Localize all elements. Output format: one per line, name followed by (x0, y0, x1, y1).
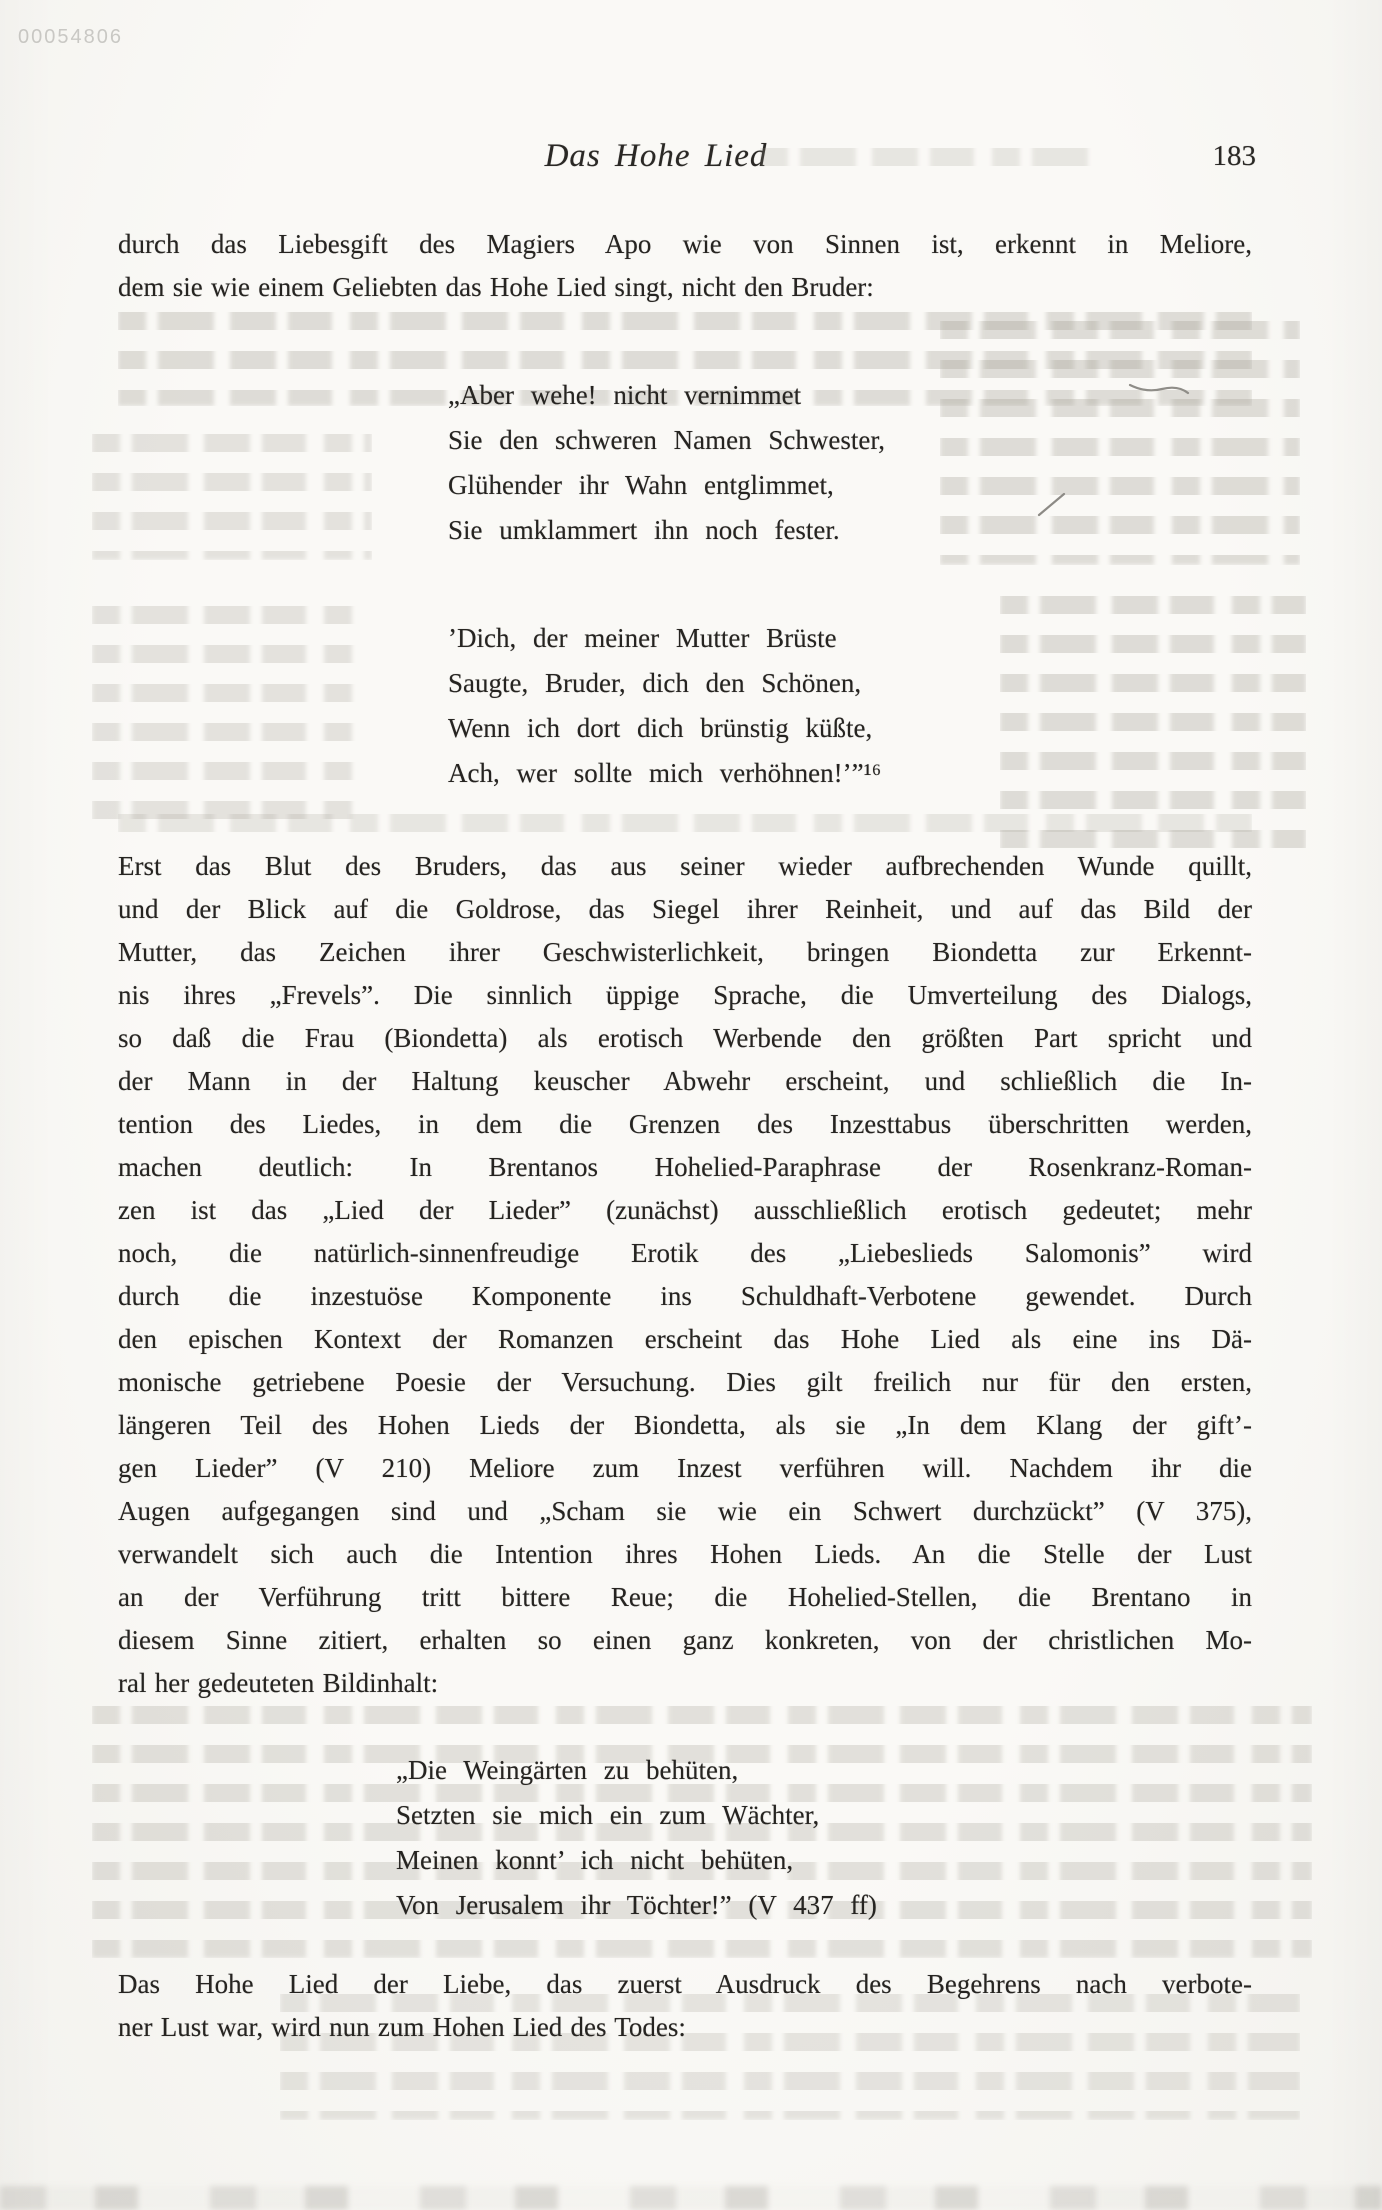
scan-corner-number: 00054806 (18, 26, 123, 49)
text-line: so daß die Frau (Biondetta) als erotisch… (118, 1017, 1252, 1060)
text-line: Sie umklammert ihn noch fester. (448, 508, 1252, 553)
page-number: 183 (1213, 140, 1257, 173)
text-line: durch die inzestuöse Komponente ins Schu… (118, 1275, 1252, 1318)
text-line: ’Dich, der meiner Mutter Brüste (448, 616, 1252, 661)
text-line: noch, die natürlich-sinnenfreudige Eroti… (118, 1232, 1252, 1275)
text-line: ral her gedeuteten Bildinhalt: (118, 1662, 1252, 1705)
prose-paragraph: Das Hohe Lied der Liebe, das zuerst Ausd… (118, 1963, 1252, 2049)
running-title: Das Hohe Lied (0, 138, 1347, 175)
text-line: gen Lieder” (V 210) Meliore zum Inzest v… (118, 1447, 1252, 1490)
text-line: „Die Weingärten zu behüten, (396, 1748, 1252, 1793)
text-line: Saugte, Bruder, dich den Schönen, (448, 661, 1252, 706)
text-line: an der Verführung tritt bittere Reue; di… (118, 1576, 1252, 1619)
scan-noise (0, 2186, 1382, 2210)
text-line: Von Jerusalem ihr Töchter!” (V 437 ff) (396, 1883, 1252, 1928)
text-line: Das Hohe Lied der Liebe, das zuerst Ausd… (118, 1963, 1252, 2006)
verse-quotation: „Aber wehe! nicht vernimmetSie den schwe… (118, 373, 1252, 553)
text-line: längeren Teil des Hohen Lieds der Bionde… (118, 1404, 1252, 1447)
text-line: Ach, wer sollte mich verhöhnen!’”¹⁶ (448, 751, 1252, 796)
text-line: und der Blick auf die Goldrose, das Sieg… (118, 888, 1252, 931)
text-line: Wenn ich dort dich brünstig küßte, (448, 706, 1252, 751)
text-line: diesem Sinne zitiert, erhalten so einen … (118, 1619, 1252, 1662)
page-header: Das Hohe Lied 183 (0, 138, 1382, 186)
text-line: Augen aufgegangen sind und „Scham sie wi… (118, 1490, 1252, 1533)
text-line: tention des Liedes, in dem die Grenzen d… (118, 1103, 1252, 1146)
text-line: der Mann in der Haltung keuscher Abwehr … (118, 1060, 1252, 1103)
text-line: verwandelt sich auch die Intention ihres… (118, 1533, 1252, 1576)
prose-paragraph: durch das Liebesgift des Magiers Apo wie… (118, 223, 1252, 309)
stray-pen-mark (1128, 380, 1190, 398)
prose-paragraph: Erst das Blut des Bruders, das aus seine… (118, 845, 1252, 1705)
bleed-through-ghost-text (760, 142, 1100, 186)
text-line: machen deutlich: In Brentanos Hohelied-P… (118, 1146, 1252, 1189)
text-line: Glühender ihr Wahn entglimmet, (448, 463, 1252, 508)
text-line: Setzten sie mich ein zum Wächter, (396, 1793, 1252, 1838)
text-line: Meinen konnt’ ich nicht behüten, (396, 1838, 1252, 1883)
text-line: Erst das Blut des Bruders, das aus seine… (118, 845, 1252, 888)
scanned-book-page: 00054806 Das Hohe Lied 183 durch das Lie… (0, 0, 1382, 2210)
text-line: den epischen Kontext der Romanzen ersche… (118, 1318, 1252, 1361)
text-line: monische getriebene Poesie der Versuchun… (118, 1361, 1252, 1404)
text-line: dem sie wie einem Geliebten das Hohe Lie… (118, 266, 1252, 309)
text-line: Mutter, das Zeichen ihrer Geschwisterlic… (118, 931, 1252, 974)
verse-quotation: „Die Weingärten zu behüten,Setzten sie m… (118, 1748, 1252, 1928)
text-line: nis ihres „Frevels”. Die sinnlich üppige… (118, 974, 1252, 1017)
stray-pen-mark (1036, 490, 1068, 518)
text-column: durch das Liebesgift des Magiers Apo wie… (118, 223, 1252, 2049)
text-line: zen ist das „Lied der Lieder” (zunächst)… (118, 1189, 1252, 1232)
text-line: Sie den schweren Namen Schwester, (448, 418, 1252, 463)
verse-quotation: ’Dich, der meiner Mutter BrüsteSaugte, B… (118, 616, 1252, 796)
text-line: durch das Liebesgift des Magiers Apo wie… (118, 223, 1252, 266)
text-line: ner Lust war, wird nun zum Hohen Lied de… (118, 2006, 1252, 2049)
